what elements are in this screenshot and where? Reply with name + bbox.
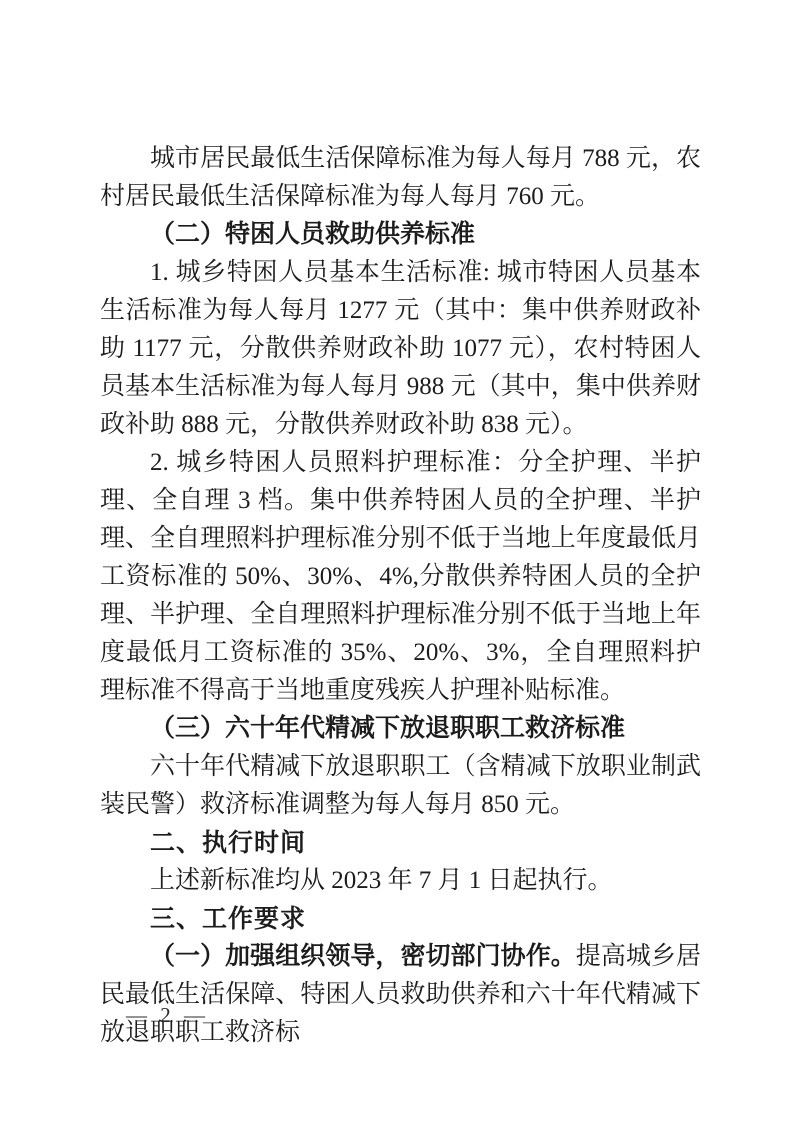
paragraph-execution-date: 上述新标准均从 2023 年 7 月 1 日起执行。	[100, 862, 701, 900]
document-body: 城市居民最低生活保障标准为每人每月 788 元，农村居民最低生活保障标准为每人每…	[100, 140, 701, 1052]
paragraph-dibao-standards: 城市居民最低生活保障标准为每人每月 788 元，农村居民最低生活保障标准为每人每…	[100, 140, 701, 216]
paragraph-tekun-care-nursing: 2. 城乡特困人员照料护理标准：分全护理、半护理、全自理 3 档。集中供养特困人…	[100, 444, 701, 710]
paragraph-lead-bold: （一）加强组织领导，密切部门协作。	[150, 943, 576, 970]
section-heading-sixties-relief: （三）六十年代精减下放退职职工救济标准	[100, 710, 701, 748]
section-heading-tekun: （二）特困人员救助供养标准	[100, 216, 701, 254]
page-number: — 2 —	[126, 1003, 209, 1028]
document-page: 城市居民最低生活保障标准为每人每月 788 元，农村居民最低生活保障标准为每人每…	[0, 0, 793, 1122]
section-heading-execution-time: 二、执行时间	[100, 824, 701, 862]
paragraph-work-requirement-1: （一）加强组织领导，密切部门协作。提高城乡居民最低生活保障、特困人员救助供养和六…	[100, 938, 701, 1052]
section-heading-work-requirements: 三、工作要求	[100, 900, 701, 938]
paragraph-sixties-relief: 六十年代精减下放退职职工（含精减下放职业制武装民警）救济标准调整为每人每月 85…	[100, 748, 701, 824]
paragraph-tekun-basic-living: 1. 城乡特困人员基本生活标准: 城市特困人员基本生活标准为每人每月 1277 …	[100, 254, 701, 444]
